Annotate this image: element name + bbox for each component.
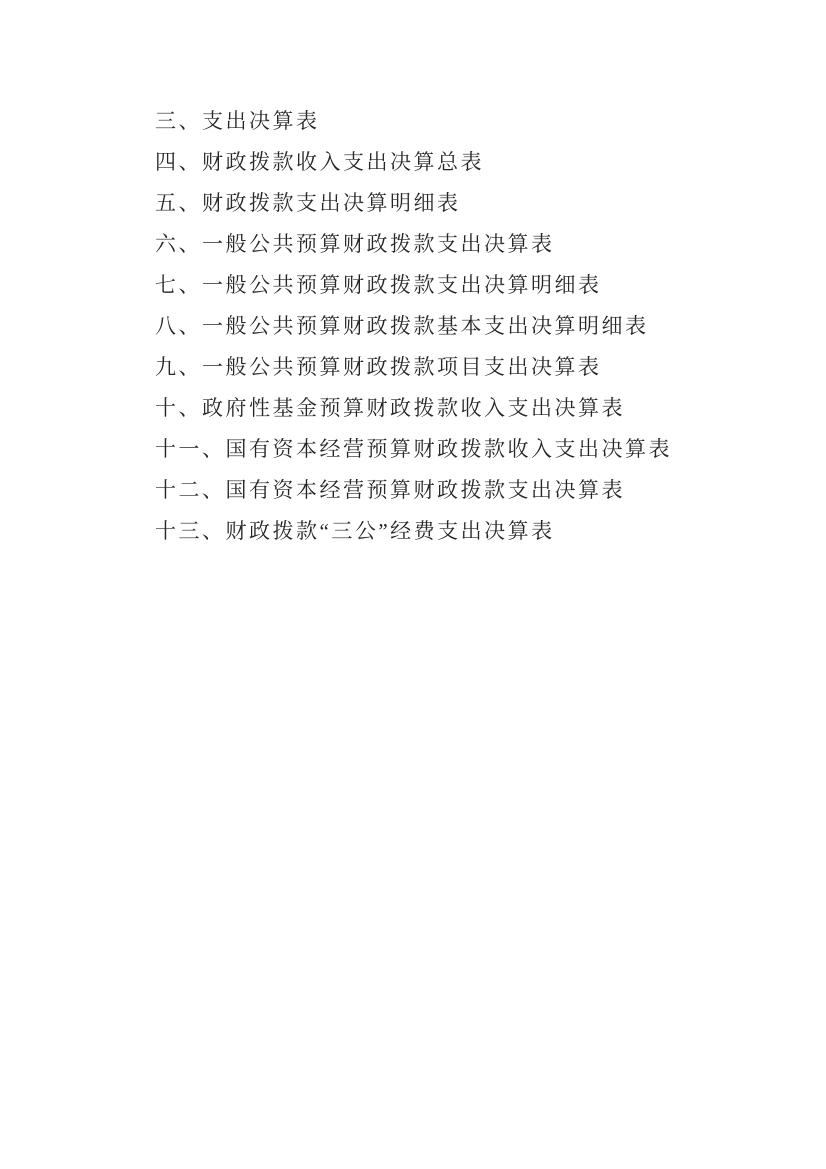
toc-item: 六、一般公共预算财政拨款支出决算表 xyxy=(155,224,766,265)
document-page: 三、支出决算表 四、财政拨款收入支出决算总表 五、财政拨款支出决算明细表 六、一… xyxy=(0,0,826,1169)
toc-item: 七、一般公共预算财政拨款支出决算明细表 xyxy=(155,265,766,306)
toc-item: 十二、国有资本经营预算财政拨款支出决算表 xyxy=(155,470,766,511)
toc-item: 十一、国有资本经营预算财政拨款收入支出决算表 xyxy=(155,429,766,470)
toc-item: 三、支出决算表 xyxy=(155,101,766,142)
toc-list: 三、支出决算表 四、财政拨款收入支出决算总表 五、财政拨款支出决算明细表 六、一… xyxy=(155,101,766,552)
toc-item: 九、一般公共预算财政拨款项目支出决算表 xyxy=(155,347,766,388)
toc-item: 四、财政拨款收入支出决算总表 xyxy=(155,142,766,183)
toc-item: 五、财政拨款支出决算明细表 xyxy=(155,183,766,224)
toc-item: 十三、财政拨款“三公”经费支出决算表 xyxy=(155,511,766,552)
toc-item: 十、政府性基金预算财政拨款收入支出决算表 xyxy=(155,388,766,429)
toc-item: 八、一般公共预算财政拨款基本支出决算明细表 xyxy=(155,306,766,347)
